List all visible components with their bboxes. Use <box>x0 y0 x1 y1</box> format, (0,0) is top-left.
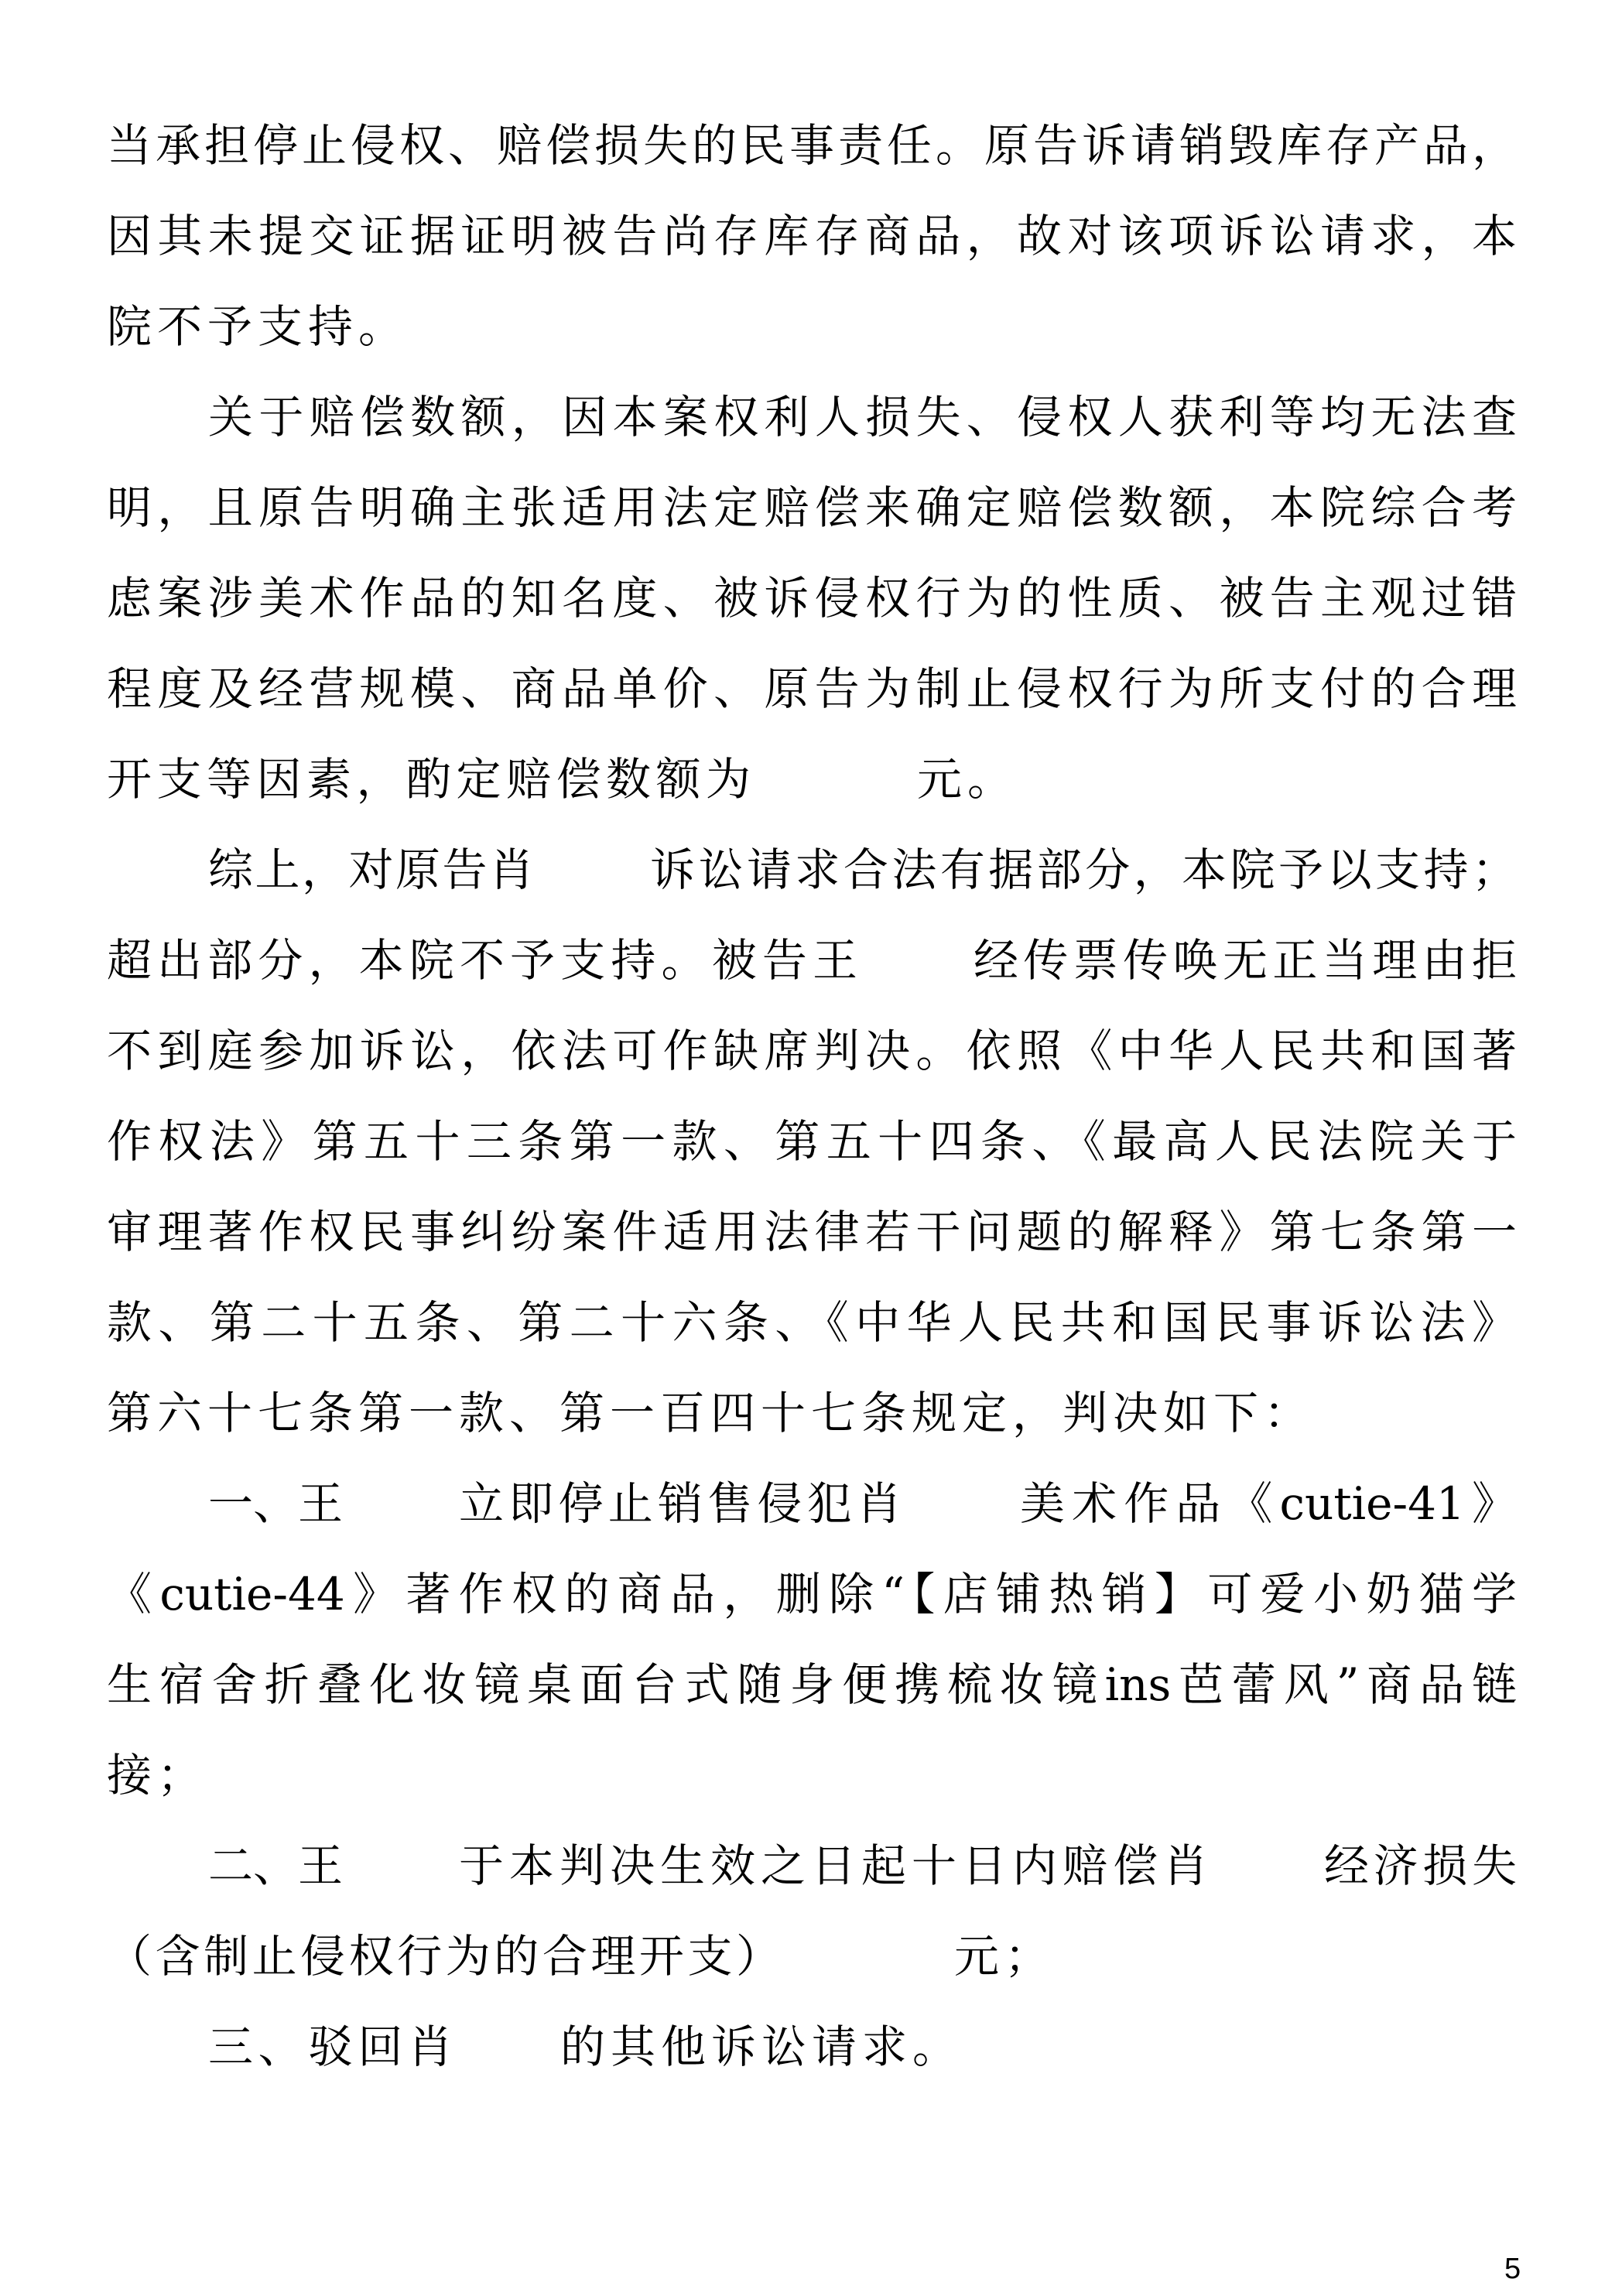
paragraph-line: 接； <box>107 1748 207 1802</box>
redacted-amount <box>755 752 913 806</box>
judgment-item-3: 三、驳回肖 的其他诉讼请求。 <box>0 2020 1622 2074</box>
redacted-name <box>861 933 969 987</box>
paragraph-line: （含制止侵权行为的合理开支） 元； <box>0 1929 1622 1983</box>
text-segment: （含制止侵权行为的合理开支） <box>107 1929 781 1983</box>
paragraph-line: 超出部分，本院不予支持。被告王 经传票传唤无正当理由拒 <box>0 933 1622 987</box>
page-number: 5 <box>1504 2253 1521 2284</box>
paragraph-line: 审理著作权民事纠纷案件适用法律若干问题的解释》第七条第一 <box>107 1205 1517 1259</box>
paragraph-line: 《cutie-44》著作权的商品，删除“【店铺热销】可爱小奶猫学 <box>107 1567 1517 1621</box>
judgment-item-2: 二、王 于本判决生效之日起十日内赔偿肖 经济损失 <box>0 1839 1622 1893</box>
paragraph-line: 虑案涉美术作品的知名度、被诉侵权行为的性质、被告主观过错 <box>107 571 1517 625</box>
paragraph-line: 程度及经营规模、商品单价、原告为制止侵权行为所支付的合理 <box>107 662 1517 716</box>
paragraph-line: 明，且原告明确主张适用法定赔偿来确定赔偿数额，本院综合考 <box>107 481 1517 535</box>
paragraph-line: 关于赔偿数额，因本案权利人损失、侵权人获利等均无法查 <box>208 390 1517 444</box>
redacted-name <box>457 2020 556 2074</box>
redacted-name <box>1212 1839 1320 1893</box>
judgment-item-1: 一、王 立即停止销售侵犯肖 美术作品《cutie-41》 <box>0 1476 1622 1531</box>
paragraph-line: 款、第二十五条、第二十六条、《中华人民共和国民事诉讼法》 <box>107 1295 1517 1350</box>
text-segment: 一、王 <box>208 1476 343 1531</box>
text-segment: 超出部分，本院不予支持。被告王 <box>107 933 857 987</box>
text-segment: 元； <box>954 1929 1055 1983</box>
text-segment: 开支等因素，酌定赔偿数额为 <box>107 752 751 806</box>
paragraph-line: 因其未提交证据证明被告尚存库存商品，故对该项诉讼请求，本 <box>107 209 1517 263</box>
redacted-name <box>347 1476 455 1531</box>
text-segment: 三、驳回肖 <box>208 2020 453 2074</box>
text-segment: 诉讼请求合法有据部分，本院予以支持； <box>650 843 1517 897</box>
redacted-amount <box>785 1929 950 1983</box>
text-segment: 经济损失 <box>1324 1839 1517 1893</box>
paragraph-line: 院不予支持。 <box>107 299 409 354</box>
paragraph-line: 综上，对原告肖 诉讼请求合法有据部分，本院予以支持； <box>0 843 1622 897</box>
text-segment: 二、王 <box>208 1839 343 1893</box>
paragraph-line: 生宿舍折叠化妆镜桌面台式随身便携梳妆镜ins芭蕾风”商品链 <box>107 1658 1517 1712</box>
paragraph-line: 作权法》第五十三条第一款、第五十四条、《最高人民法院关于 <box>107 1114 1517 1169</box>
redacted-name <box>347 1839 455 1893</box>
redacted-name <box>905 1476 1016 1531</box>
redacted-name <box>538 843 646 897</box>
text-segment: 经传票传唤无正当理由拒 <box>974 933 1517 987</box>
text-segment: 元。 <box>917 752 1018 806</box>
text-segment: 于本判决生效之日起十日内赔偿肖 <box>459 1839 1208 1893</box>
paragraph-line: 不到庭参加诉讼，依法可作缺席判决。依照《中华人民共和国著 <box>107 1024 1517 1078</box>
paragraph-line: 开支等因素，酌定赔偿数额为 元。 <box>0 752 1622 806</box>
text-segment: 立即停止销售侵犯肖 <box>459 1476 902 1531</box>
document-page: 当承担停止侵权、赔偿损失的民事责任。原告诉请销毁库存产品， 因其未提交证据证明被… <box>0 0 1622 2296</box>
paragraph-line: 当承担停止侵权、赔偿损失的民事责任。原告诉请销毁库存产品， <box>107 118 1517 173</box>
text-segment: 美术作品《cutie-41》 <box>1020 1476 1517 1531</box>
text-segment: 的其他诉讼请求。 <box>560 2020 963 2074</box>
paragraph-line: 第六十七条第一款、第一百四十七条规定，判决如下： <box>107 1386 1314 1440</box>
text-segment: 综上，对原告肖 <box>208 843 534 897</box>
